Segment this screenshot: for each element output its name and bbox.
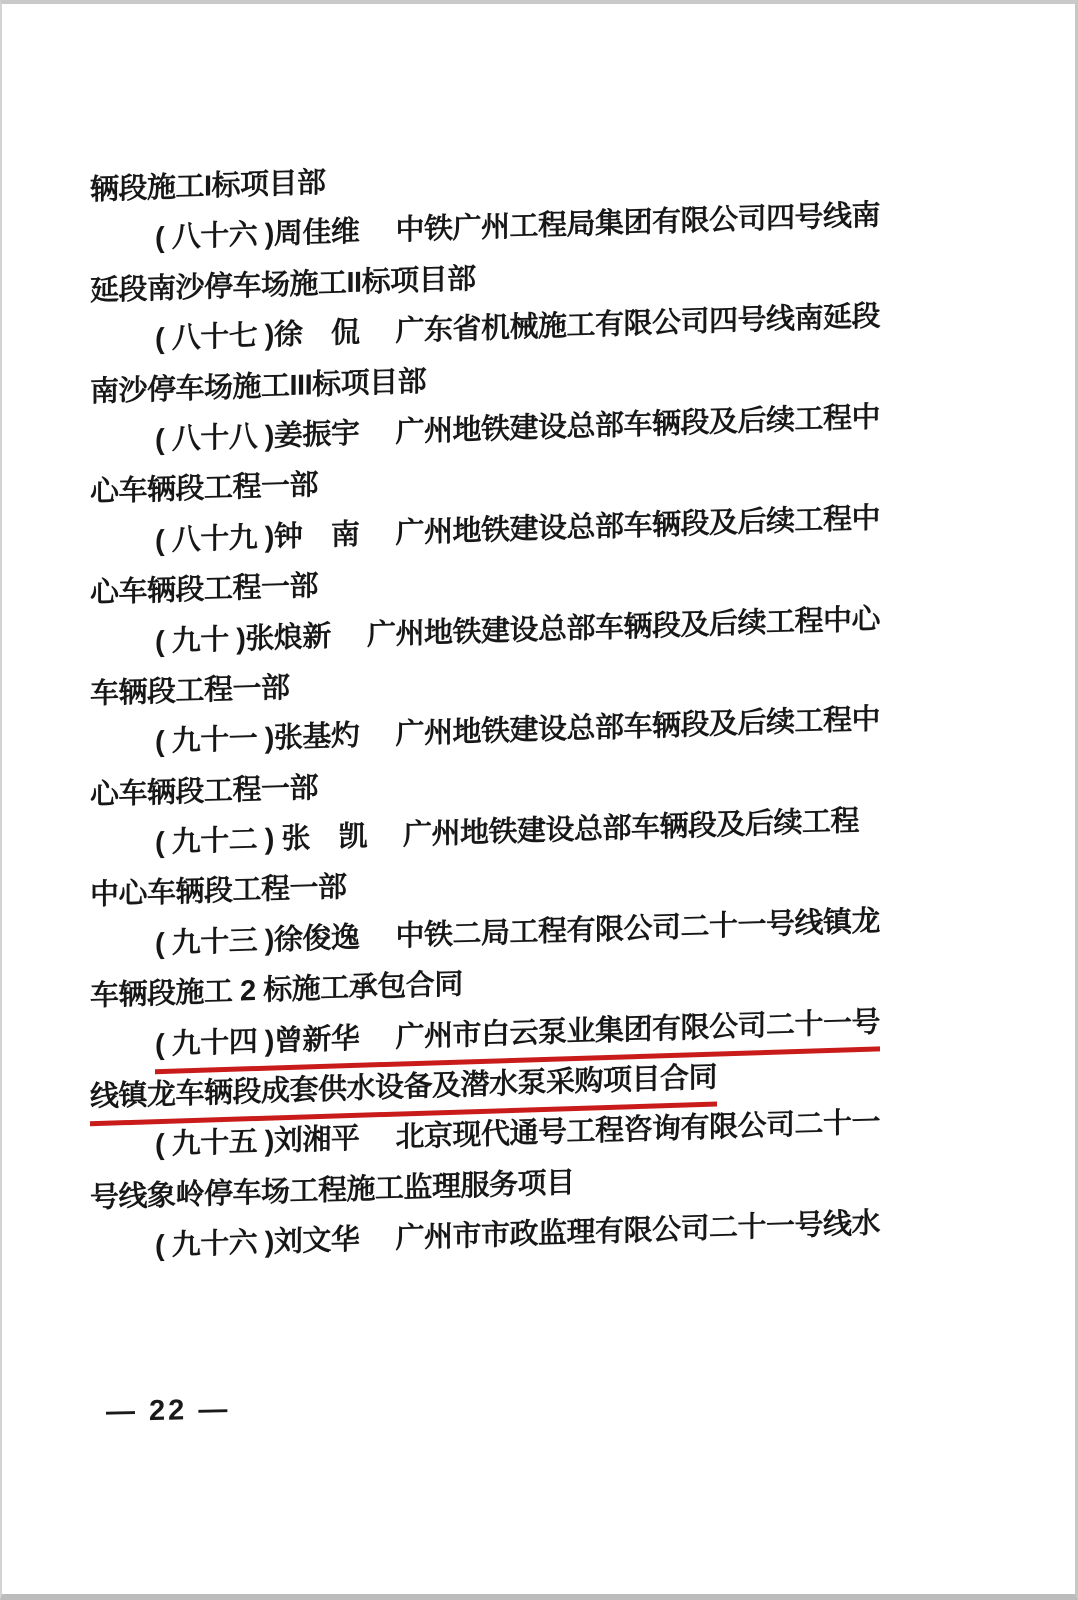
line-text: 南沙停车场施工III标项目部 [90,364,426,409]
page-number: — 22 — [106,1393,230,1429]
line-text: 车辆段工程一部 [90,671,290,711]
line-text: 延段南沙停车场施工II标项目部 [90,262,476,308]
scanned-document-page: 辆段施工I标项目部 ( 八十六 )周佳维 中铁广州工程局集团有限公司四号线南 延… [0,0,1078,1600]
line-text: 号线象岭停车场工程施工监理服务项目 [90,1166,575,1215]
line-text: 中心车辆段工程一部 [90,871,347,913]
line-text: 辆段施工I标项目部 [90,166,326,207]
line-text: 车辆段施工 2 标施工承包合同 [90,968,463,1014]
line-text: 心车辆段工程一部 [90,771,318,812]
line-text: 心车辆段工程一部 [90,468,318,509]
document-text-block: 辆段施工I标项目部 ( 八十六 )周佳维 中铁广州工程局集团有限公司四号线南 延… [2,134,1078,1276]
line-text: 心车辆段工程一部 [90,569,318,610]
